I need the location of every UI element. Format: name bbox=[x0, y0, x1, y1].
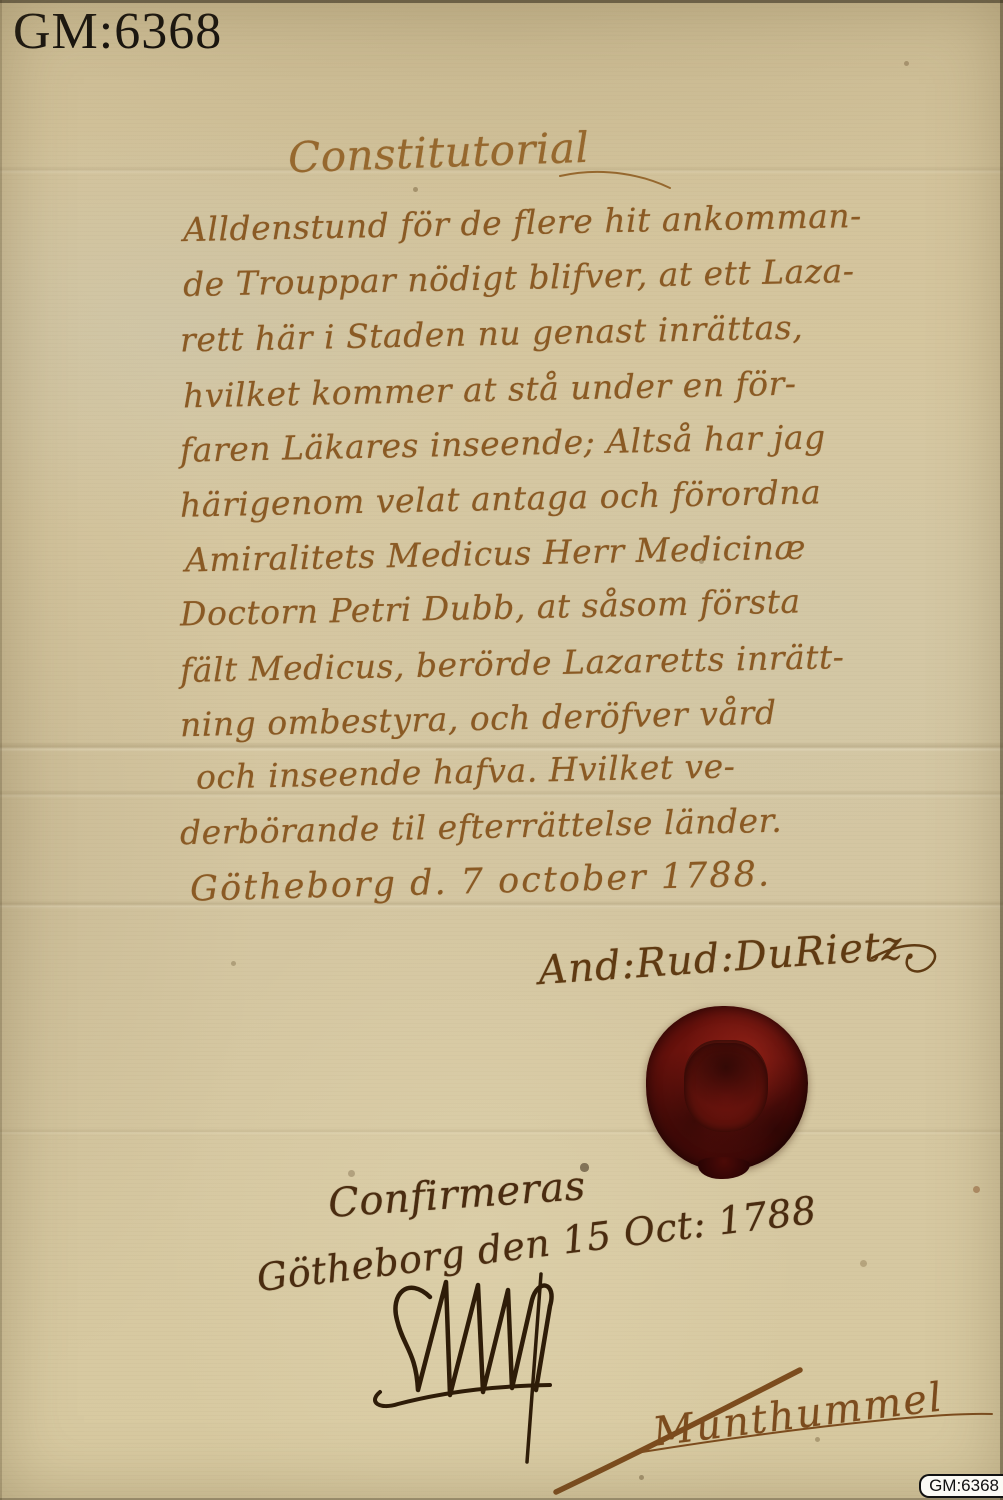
royal-signature-descender bbox=[527, 1274, 541, 1462]
body-line: härigenom velat antaga och förordna bbox=[180, 472, 822, 524]
body-line: Amiralitets Medicus Herr Medicinæ bbox=[185, 528, 807, 580]
catalog-number-top: GM:6368 bbox=[13, 6, 222, 58]
body-line: och inseende hafva. Hvilket ve- bbox=[196, 746, 736, 796]
royal-signature-underline bbox=[375, 1385, 550, 1406]
countersignature: Munthummel bbox=[650, 1374, 946, 1455]
wax-seal-crest bbox=[684, 1040, 768, 1132]
body-line: ning ombestyra, och deröfver vård bbox=[180, 693, 777, 744]
document-title: Constitutorial bbox=[287, 123, 590, 182]
body-line: Doctorn Petri Dubb, at såsom första bbox=[180, 582, 801, 634]
main-signature: And:Rud:DuRietz. bbox=[537, 922, 918, 994]
paper-crease bbox=[0, 790, 1003, 798]
body-line: derbörande til efterrättelse länder. bbox=[180, 801, 783, 853]
catalog-number-bottom: GM:6368 bbox=[919, 1474, 1003, 1498]
royal-signature-scrawl bbox=[395, 1282, 551, 1395]
place-date-line: Götheborg d. 7 october 1788. bbox=[190, 854, 772, 909]
paper-stains bbox=[0, 0, 3, 3]
body-line: rett här i Staden nu genast inrättas, bbox=[180, 307, 804, 359]
confirmation-word: Confirmeras bbox=[327, 1163, 587, 1227]
body-line: fält Medicus, berörde Lazaretts inrätt- bbox=[180, 637, 845, 690]
body-line: faren Läkares inseende; Altså har jag bbox=[180, 417, 826, 470]
manuscript-scan: GM:6368 Constitutorial Alldenstund för d… bbox=[0, 0, 1003, 1500]
body-line: Alldenstund för de flere hit ankomman- bbox=[183, 196, 862, 249]
body-line: de Trouppar nödigt blifver, at ett Laza- bbox=[183, 251, 855, 304]
body-line: hvilket kommer at stå under en för- bbox=[183, 364, 797, 416]
wax-seal bbox=[646, 1006, 808, 1170]
paper-crease bbox=[0, 1128, 1003, 1135]
title-flourish bbox=[560, 172, 670, 188]
wax-seal-drip bbox=[698, 1157, 750, 1179]
